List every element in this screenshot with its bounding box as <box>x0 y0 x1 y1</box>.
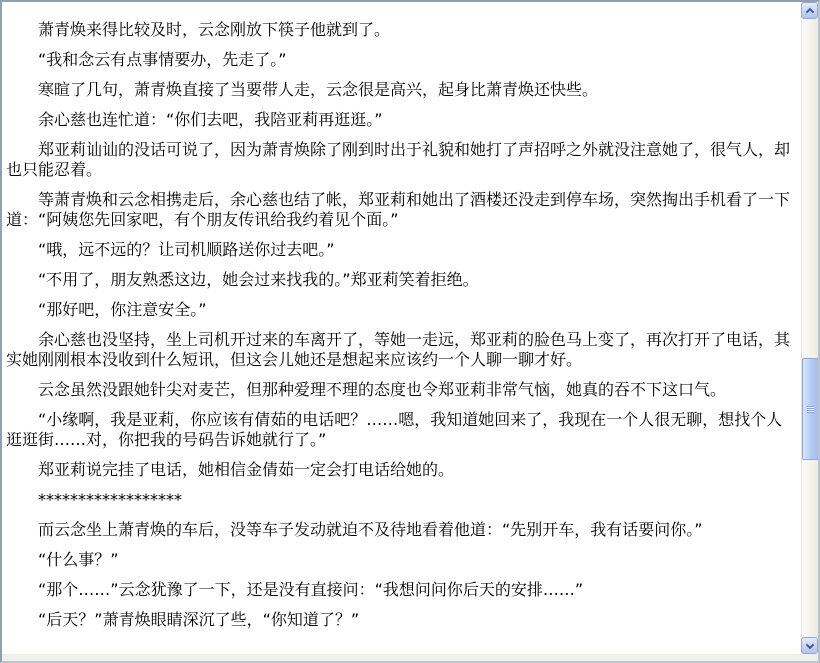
scroll-up-button[interactable] <box>801 2 818 19</box>
paragraph: 郑亚莉说完挂了电话，她相信金倩茹一定会打电话给她的。 <box>6 460 791 480</box>
paragraph: 萧青焕来得比较及时，云念刚放下筷子他就到了。 <box>6 20 791 40</box>
paragraph: 郑亚莉讪讪的没话可说了，因为萧青焕除了刚到时出于礼貌和她打了声招呼之外就没注意她… <box>6 140 791 180</box>
scrollbar-track[interactable] <box>801 19 818 637</box>
paragraph: “后天？”萧青焕眼睛深沉了些，“你知道了？” <box>6 610 791 630</box>
scrollbar-grip-icon <box>807 406 814 413</box>
paragraph: “我和念云有点事情要办，先走了。” <box>6 50 791 70</box>
paragraph: 等萧青焕和云念相携走后，余心慈也结了帐，郑亚莉和她出了酒楼还没走到停车场，突然掏… <box>6 190 791 230</box>
paragraph: “什么事？” <box>6 550 791 570</box>
paragraph: “小缘啊，我是亚莉，你应该有倩茹的电话吧？……嗯，我知道她回来了，我现在一个人很… <box>6 410 791 450</box>
paragraph: 云念虽然没跟她针尖对麦芒，但那种爱理不理的态度也令郑亚莉非常气恼，她真的吞不下这… <box>6 380 791 400</box>
paragraph: “那个……”云念犹豫了一下，还是没有直接问：“我想问问你后天的安排……” <box>6 580 791 600</box>
scroll-down-button[interactable] <box>801 637 818 654</box>
novel-text-content: 萧青焕来得比较及时，云念刚放下筷子他就到了。“我和念云有点事情要办，先走了。”寒… <box>2 2 801 654</box>
text-viewer: 萧青焕来得比较及时，云念刚放下筷子他就到了。“我和念云有点事情要办，先走了。”寒… <box>0 0 820 663</box>
paragraph: 而云念坐上萧青焕的车后，没等车子发动就迫不及待地看着他道：“先别开车，我有话要问… <box>6 520 791 540</box>
scrollbar-thumb[interactable] <box>802 358 819 460</box>
paragraph: 余心慈也连忙道：“你们去吧，我陪亚莉再逛逛。” <box>6 110 791 130</box>
paragraph: “哦，远不远的？让司机顺路送你过去吧。” <box>6 240 791 260</box>
bottom-gutter <box>2 654 818 661</box>
paragraph: 余心慈也没坚持，坐上司机开过来的车离开了，等她一走远，郑亚莉的脸色马上变了，再次… <box>6 330 791 370</box>
chevron-up-icon <box>805 7 813 15</box>
chevron-down-icon <box>805 640 813 648</box>
paragraph: 寒暄了几句，萧青焕直接了当要带人走，云念很是高兴，起身比萧青焕还快些。 <box>6 80 791 100</box>
paragraph: “不用了，朋友熟悉这边，她会过来找我的。”郑亚莉笑着拒绝。 <box>6 270 791 290</box>
vertical-scrollbar[interactable] <box>801 2 818 654</box>
paragraph: “那好吧，你注意安全。” <box>6 300 791 320</box>
paragraph: ****************** <box>6 490 791 510</box>
